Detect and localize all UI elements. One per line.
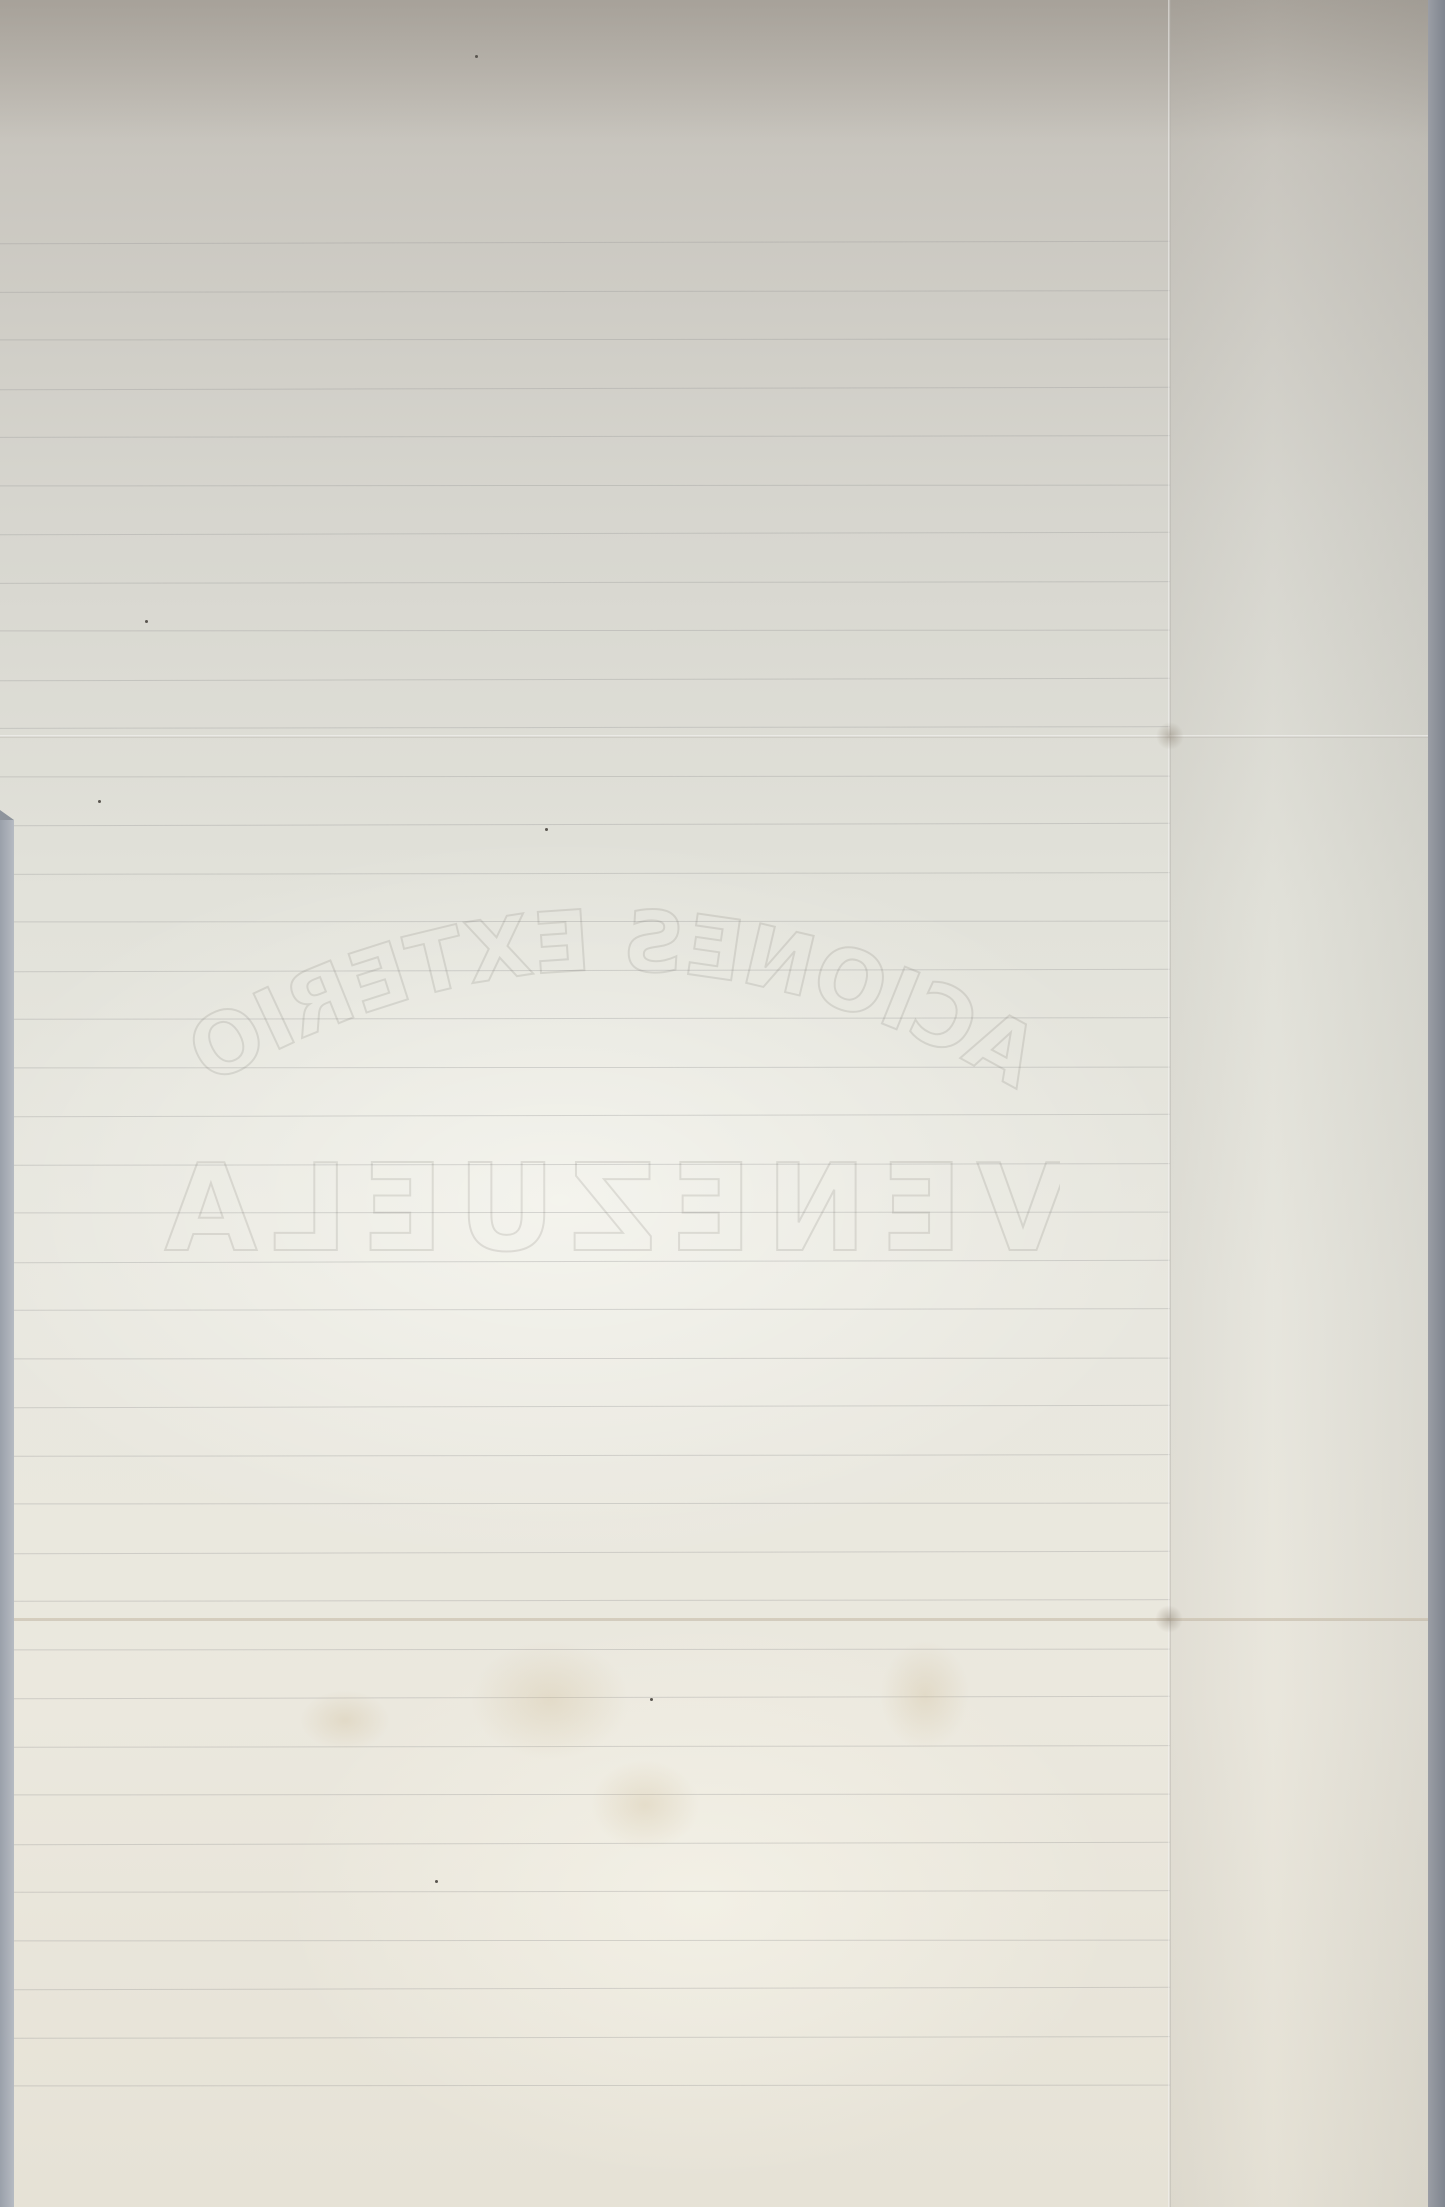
ruled-line xyxy=(0,1357,1170,1359)
ruled-line xyxy=(0,1114,1170,1117)
ruled-line xyxy=(0,581,1170,584)
ruled-line xyxy=(0,872,1170,875)
ruled-line xyxy=(0,435,1170,438)
ruled-line xyxy=(0,1405,1170,1408)
horizontal-fold-lower xyxy=(0,1618,1428,1621)
ruled-line xyxy=(0,823,1170,826)
stain xyxy=(590,1760,700,1850)
ruled-line xyxy=(0,1212,1170,1214)
ruled-line xyxy=(0,1550,1170,1553)
ruled-line xyxy=(0,339,1170,341)
ruled-line xyxy=(0,921,1170,923)
ruled-line xyxy=(0,1308,1170,1311)
ruled-line xyxy=(0,1939,1170,1941)
ruled-line xyxy=(0,968,1170,971)
ruled-line xyxy=(0,290,1170,293)
stain xyxy=(880,1640,970,1750)
speck xyxy=(98,800,101,803)
ruled-line xyxy=(0,2036,1170,2039)
folded-right-panel xyxy=(1170,0,1428,2207)
ruled-line xyxy=(0,484,1170,486)
background-surface-left xyxy=(0,820,14,2207)
ruled-line xyxy=(0,1017,1170,1020)
speck xyxy=(475,55,478,58)
speck xyxy=(650,1698,653,1701)
ruled-line xyxy=(0,1066,1170,1068)
speck xyxy=(145,620,148,623)
ruled-lines xyxy=(0,0,1170,2207)
ruled-line xyxy=(0,677,1170,680)
ruled-line xyxy=(0,726,1170,729)
stain xyxy=(300,1690,390,1750)
horizontal-fold-upper xyxy=(0,735,1428,738)
vertical-fold xyxy=(1168,0,1171,2207)
ruled-line xyxy=(0,775,1170,777)
paper-sheet: RELACIONES EXTERIORES VENEZUELA xyxy=(0,0,1428,2207)
ruled-line xyxy=(0,1794,1170,1796)
ruled-line xyxy=(0,1259,1170,1262)
ruled-line xyxy=(0,532,1170,535)
stain xyxy=(470,1640,630,1760)
ruled-line xyxy=(0,1163,1170,1166)
fold-crease-junction xyxy=(1156,722,1184,750)
ruled-line xyxy=(0,630,1170,632)
ruled-line xyxy=(0,1503,1170,1505)
ruled-line xyxy=(0,386,1170,389)
ruled-line xyxy=(0,1890,1170,1893)
fold-crease-junction xyxy=(1155,1605,1183,1633)
background-surface-right xyxy=(1427,0,1445,2207)
ruled-line xyxy=(0,1599,1170,1602)
ruled-line xyxy=(0,2085,1170,2087)
ruled-line xyxy=(0,1454,1170,1457)
speck xyxy=(545,828,548,831)
ruled-line xyxy=(0,1841,1170,1844)
speck xyxy=(435,1880,438,1883)
ruled-line xyxy=(0,1987,1170,1990)
ruled-line xyxy=(0,241,1170,244)
